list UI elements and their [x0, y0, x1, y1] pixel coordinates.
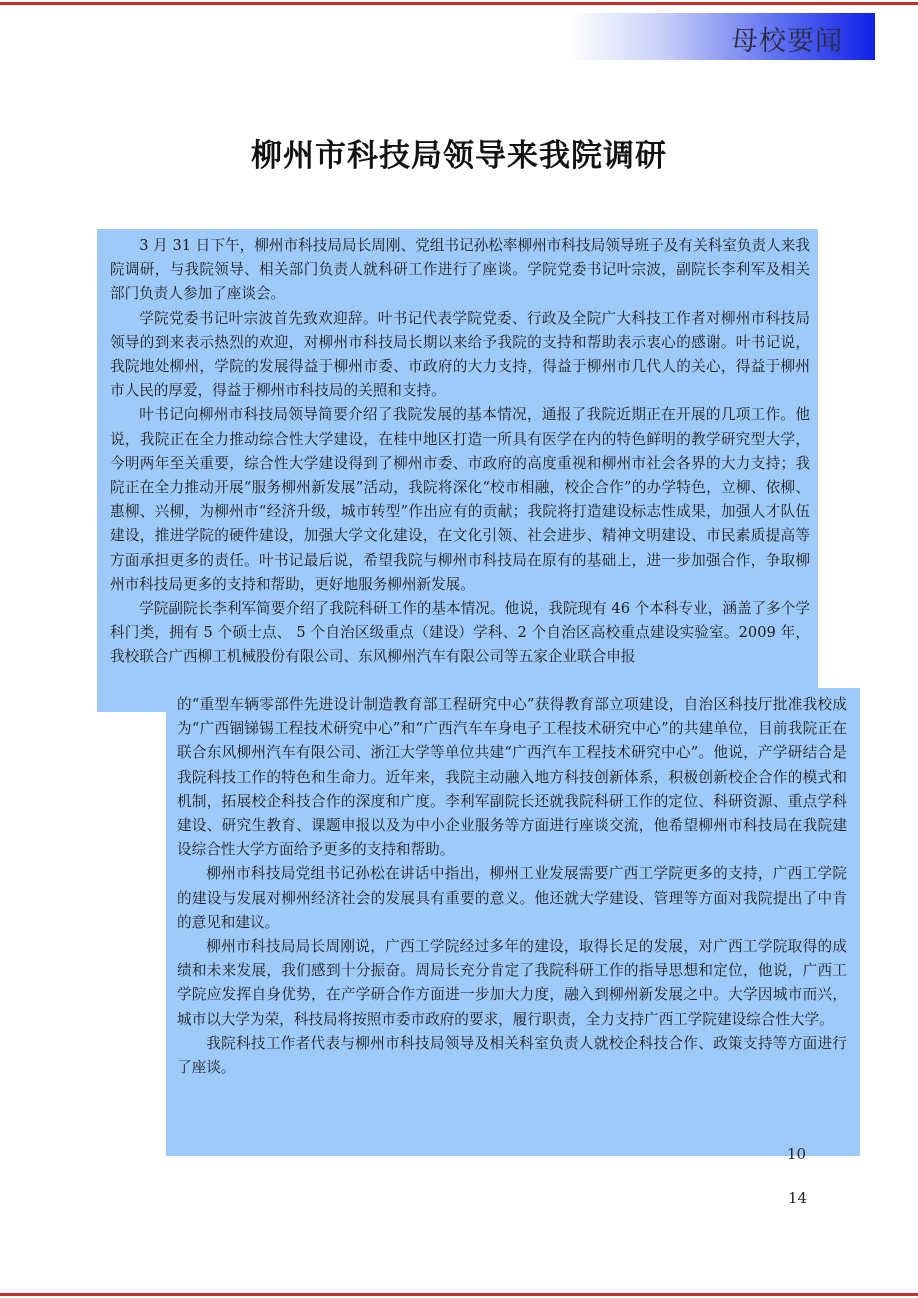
page-number-inner: 10: [787, 1145, 806, 1163]
section-banner: 母校要闻: [570, 13, 875, 60]
top-red-rule: [0, 2, 918, 5]
paragraph: 学院党委书记叶宗波首先致欢迎辞。叶书记代表学院党委、行政及全院广大科技工作者对柳…: [110, 307, 810, 404]
paragraph: 叶书记向柳州市科技局领导简要介绍了我院发展的基本情况，通报了我院近期正在开展的几…: [110, 403, 810, 597]
article-body-lower: 的“重型车辆零部件先进设计制造教育部工程研究中心”获得教育部立项建设，自治区科技…: [177, 693, 847, 1080]
paragraph: 柳州市科技局党组书记孙松在讲话中指出，柳州工业发展需要广西工学院更多的支持，广西…: [177, 862, 847, 935]
paragraph: 学院副院长李利军简要介绍了我院科研工作的基本情况。他说，我院现有 46 个本科专…: [110, 597, 810, 670]
bottom-red-rule: [0, 1293, 918, 1296]
section-label: 母校要闻: [731, 19, 843, 58]
paragraph-continuation: 的“重型车辆零部件先进设计制造教育部工程研究中心”获得教育部立项建设，自治区科技…: [177, 693, 847, 862]
paragraph: 柳州市科技局局长周刚说，广西工学院经过多年的建设，取得长足的发展，对广西工学院取…: [177, 935, 847, 1032]
article-title: 柳州市科技局领导来我院调研: [0, 130, 918, 175]
paragraph: 3 月 31 日下午，柳州市科技局局长周刚、党组书记孙松率柳州市科技局领导班子及…: [110, 234, 810, 307]
article-body-upper: 3 月 31 日下午，柳州市科技局局长周刚、党组书记孙松率柳州市科技局领导班子及…: [110, 234, 810, 670]
page-number-outer: 14: [788, 1189, 807, 1207]
paragraph: 我院科技工作者代表与柳州市科技局领导及相关科室负责人就校企科技合作、政策支持等方…: [177, 1032, 847, 1080]
